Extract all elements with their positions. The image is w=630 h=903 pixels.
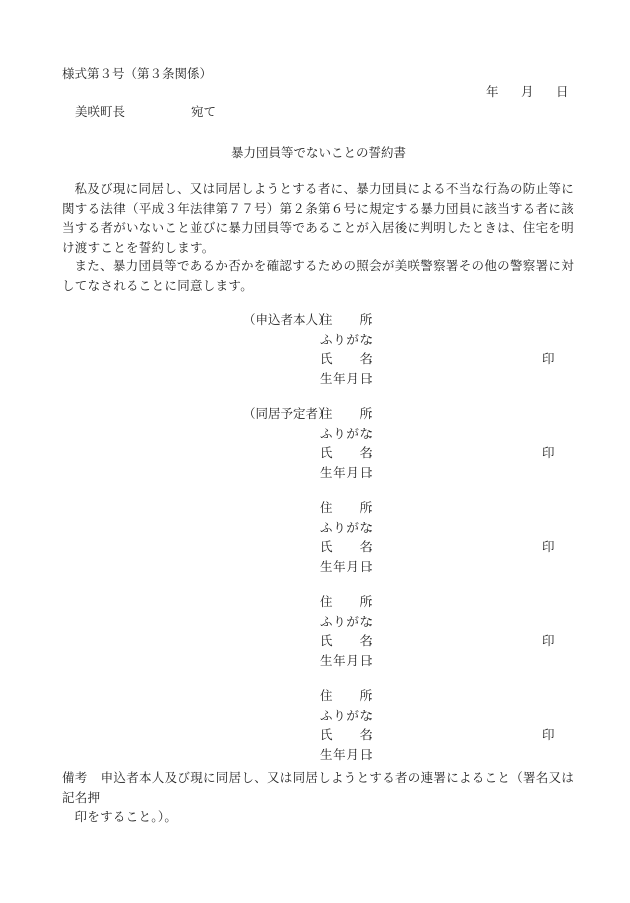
- colon: ：: [368, 332, 381, 348]
- colon: ：: [368, 559, 381, 575]
- colon: ：: [368, 312, 381, 328]
- name-row: 氏 名 ： 印: [0, 445, 630, 463]
- colon: ：: [368, 747, 381, 763]
- remarks-line-1: 備考申込者本人及び現に同居し、又は同居しようとする者の連署によること（署名又は記…: [62, 768, 582, 807]
- colon: ：: [368, 633, 381, 649]
- birthdate-label: 生年月日: [320, 371, 372, 387]
- colon: ：: [368, 708, 381, 724]
- seal-mark: 印: [542, 727, 555, 743]
- furigana-row: ふりがな ：: [0, 332, 630, 350]
- document-title: 暴力団員等でないことの誓約書: [231, 145, 406, 161]
- address-row: 住 所 ：: [0, 312, 630, 330]
- colon: ：: [368, 426, 381, 442]
- colon: ：: [368, 465, 381, 481]
- colon: ：: [368, 594, 381, 610]
- colon: ：: [368, 520, 381, 536]
- name-row: 氏 名 ： 印: [0, 633, 630, 651]
- name-label: 氏 名: [320, 445, 372, 461]
- colon: ：: [368, 445, 381, 461]
- seal-mark: 印: [542, 539, 555, 555]
- seal-mark: 印: [542, 351, 555, 367]
- year-label: 年: [486, 84, 499, 100]
- furigana-row: ふりがな ：: [0, 520, 630, 538]
- address-label: 住 所: [320, 594, 372, 610]
- colon: ：: [368, 371, 381, 387]
- colon: ：: [368, 614, 381, 630]
- birthdate-label: 生年月日: [320, 465, 372, 481]
- furigana-label: ふりがな: [320, 332, 372, 348]
- colon: ：: [368, 500, 381, 516]
- name-label: 氏 名: [320, 633, 372, 649]
- name-label: 氏 名: [320, 351, 372, 367]
- address-row: 住 所 ：: [0, 406, 630, 424]
- address-row: 住 所 ：: [0, 594, 630, 612]
- birthdate-row: 生年月日 ：: [0, 747, 630, 765]
- furigana-label: ふりがな: [320, 614, 372, 630]
- addressee: 美咲町長: [75, 104, 125, 120]
- consent-paragraph: また、暴力団員等であるか否かを確認するための照会が美咲警察署その他の警察署に対し…: [62, 256, 574, 295]
- birthdate-row: 生年月日 ：: [0, 653, 630, 671]
- birthdate-row: 生年月日 ：: [0, 559, 630, 577]
- colon: ：: [368, 688, 381, 704]
- remarks-line-2: 印をすること。）。: [62, 807, 582, 827]
- addressee-suffix: 宛て: [191, 104, 216, 120]
- address-label: 住 所: [320, 500, 372, 516]
- birthdate-row: 生年月日 ：: [0, 465, 630, 483]
- address-row: 住 所 ：: [0, 500, 630, 518]
- remarks: 備考申込者本人及び現に同居し、又は同居しようとする者の連署によること（署名又は記…: [62, 768, 582, 827]
- furigana-label: ふりがな: [320, 708, 372, 724]
- day-label: 日: [556, 84, 569, 100]
- furigana-label: ふりがな: [320, 520, 372, 536]
- month-label: 月: [521, 84, 534, 100]
- address-label: 住 所: [320, 688, 372, 704]
- address-row: 住 所 ：: [0, 688, 630, 706]
- address-label: 住 所: [320, 406, 372, 422]
- name-label: 氏 名: [320, 539, 372, 555]
- name-row: 氏 名 ： 印: [0, 727, 630, 745]
- seal-mark: 印: [542, 633, 555, 649]
- name-row: 氏 名 ： 印: [0, 351, 630, 369]
- birthdate-label: 生年月日: [320, 559, 372, 575]
- seal-mark: 印: [542, 445, 555, 461]
- colon: ：: [368, 653, 381, 669]
- name-row: 氏 名 ： 印: [0, 539, 630, 557]
- furigana-row: ふりがな ：: [0, 614, 630, 632]
- colon: ：: [368, 406, 381, 422]
- furigana-label: ふりがな: [320, 426, 372, 442]
- colon: ：: [368, 539, 381, 555]
- colon: ：: [368, 351, 381, 367]
- remarks-text-1: 申込者本人及び現に同居し、又は同居しようとする者の連署によること（署名又は記名押: [62, 770, 574, 805]
- name-label: 氏 名: [320, 727, 372, 743]
- form-number: 様式第３号（第３条関係）: [62, 66, 212, 82]
- birthdate-label: 生年月日: [320, 747, 372, 763]
- furigana-row: ふりがな ：: [0, 426, 630, 444]
- birthdate-label: 生年月日: [320, 653, 372, 669]
- pledge-paragraph: 私及び現に同居し、又は同居しようとする者に、暴力団員による不当な行為の防止等に関…: [62, 179, 574, 257]
- address-label: 住 所: [320, 312, 372, 328]
- remarks-label: 備考: [62, 770, 88, 785]
- colon: ：: [368, 727, 381, 743]
- birthdate-row: 生年月日 ：: [0, 371, 630, 389]
- furigana-row: ふりがな ：: [0, 708, 630, 726]
